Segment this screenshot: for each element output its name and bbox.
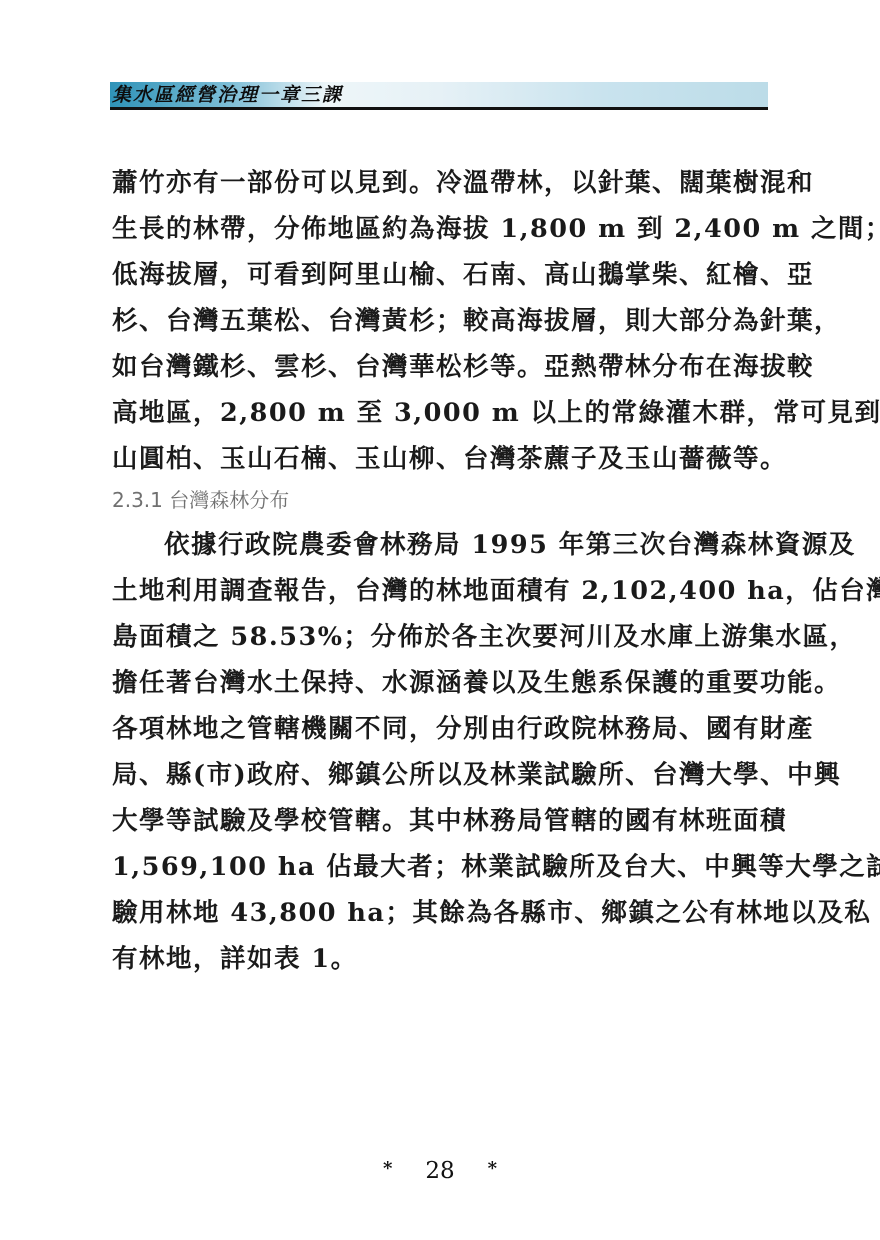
running-header-rule — [110, 107, 768, 110]
text-line: 島面積之 58.53%；分佈於各主次要河川及水庫上游集水區， — [112, 614, 772, 660]
paragraph-forest-distribution: 依據行政院農委會林務局 1995 年第三次台灣森林資源及 土地利用調查報告，台灣… — [112, 522, 772, 982]
text-line: 山圓柏、玉山石楠、玉山柳、台灣茶藨子及玉山薔薇等。 — [112, 436, 772, 482]
page-body: 蕭竹亦有一部份可以見到。冷溫帶林，以針葉、闊葉樹混和 生長的林帶，分佈地區約為海… — [112, 160, 772, 982]
text-line: 各項林地之管轄機關不同，分別由行政院林務局、國有財產 — [112, 706, 772, 752]
text-line: 蕭竹亦有一部份可以見到。冷溫帶林，以針葉、闊葉樹混和 — [112, 160, 772, 206]
text-line: 土地利用調查報告，台灣的林地面積有 2,102,400 ha，佔台灣 — [112, 568, 772, 614]
text-line: 局、縣(市)政府、鄉鎮公所以及林業試驗所、台灣大學、中興 — [112, 752, 772, 798]
paragraph-continued: 蕭竹亦有一部份可以見到。冷溫帶林，以針葉、闊葉樹混和 生長的林帶，分佈地區約為海… — [112, 160, 772, 482]
text-line: 驗用林地 43,800 ha；其餘為各縣市、鄉鎮之公有林地以及私 — [112, 890, 772, 936]
running-header-title: 集水區經營治理一章三課 — [112, 83, 343, 107]
text-line: 大學等試驗及學校管轄。其中林務局管轄的國有林班面積 — [112, 798, 772, 844]
page-footer: * 28 * — [0, 1158, 880, 1184]
text-line: 高地區，2,800 m 至 3,000 m 以上的常綠灌木群，常可見到玉 — [112, 390, 772, 436]
section-heading: 2.3.1 台灣森林分布 — [112, 482, 772, 522]
text-line: 擔任著台灣水土保持、水源涵養以及生態系保護的重要功能。 — [112, 660, 772, 706]
text-line: 生長的林帶，分佈地區約為海拔 1,800 m 到 2,400 m 之間；較 — [112, 206, 772, 252]
text-line: 1,569,100 ha 佔最大者；林業試驗所及台大、中興等大學之試 — [112, 844, 772, 890]
text-line: 如台灣鐵杉、雲杉、台灣華松杉等。亞熱帶林分布在海拔較 — [112, 344, 772, 390]
text-line: 有林地，詳如表 1。 — [112, 936, 772, 982]
text-line: 低海拔層，可看到阿里山榆、石南、高山鵝掌柴、紅檜、亞 — [112, 252, 772, 298]
text-line: 依據行政院農委會林務局 1995 年第三次台灣森林資源及 — [112, 522, 772, 568]
star-ornament-icon: * — [488, 1158, 497, 1179]
star-ornament-icon: * — [383, 1158, 392, 1179]
page-number: 28 — [425, 1158, 454, 1184]
text-line: 杉、台灣五葉松、台灣黃杉；較高海拔層，則大部分為針葉， — [112, 298, 772, 344]
